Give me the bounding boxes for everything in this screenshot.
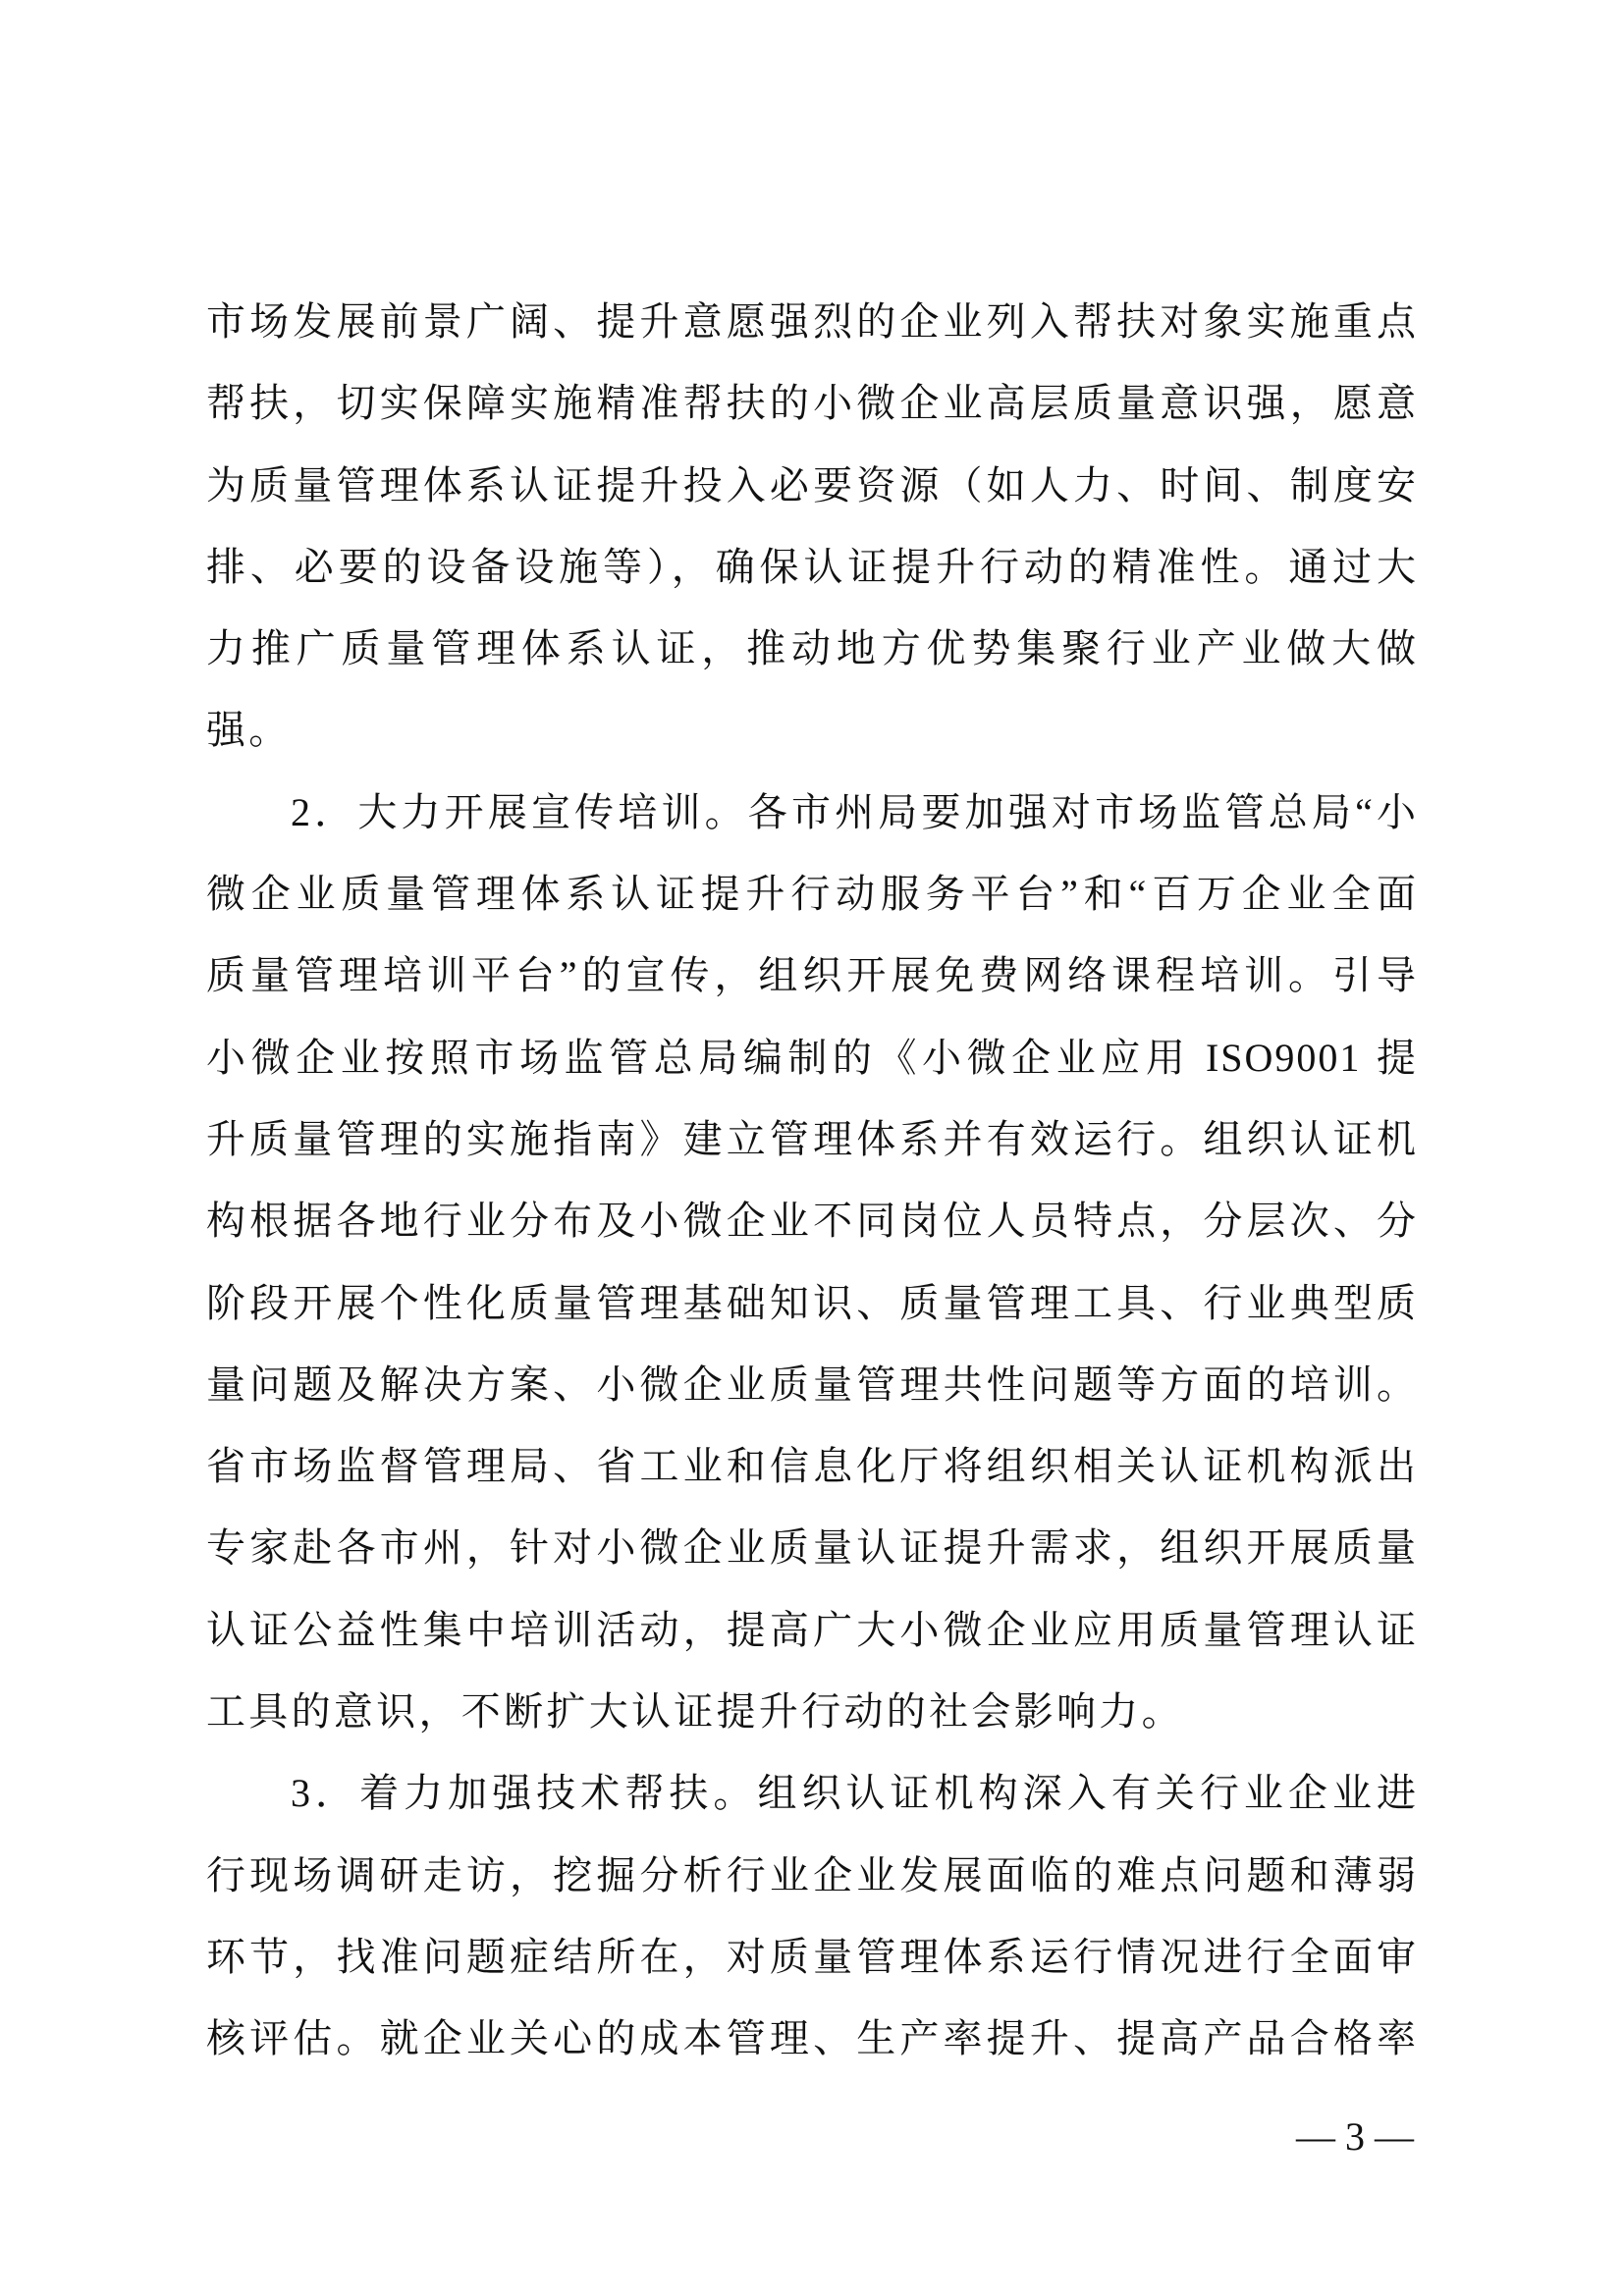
- paragraph-2: 2．大力开展宣传培训。各市州局要加强对市场监管总局“小 微企业质量管理体系认证提…: [206, 772, 1418, 1753]
- paragraph-heading-line: 3．着力加强技术帮扶。组织认证机构深入有关行业企业进: [206, 1752, 1418, 1834]
- text-line: 排、必要的设备设施等），确保认证提升行动的精准性。通过大: [206, 526, 1418, 608]
- paragraph-1: 市场发展前景广阔、提升意愿强烈的企业列入帮扶对象实施重点 帮扶，切实保障实施精准…: [206, 281, 1418, 772]
- text-line: 专家赴各市州，针对小微企业质量认证提升需求，组织开展质量: [206, 1507, 1418, 1588]
- text-line: 环节，找准问题症结所在，对质量管理体系运行情况进行全面审: [206, 1916, 1418, 1998]
- paragraph-heading-line: 2．大力开展宣传培训。各市州局要加强对市场监管总局“小: [206, 772, 1418, 853]
- text-line: 量问题及解决方案、小微企业质量管理共性问题等方面的培训。: [206, 1344, 1418, 1425]
- text-line: 升质量管理的实施指南》建立管理体系并有效运行。组织认证机: [206, 1098, 1418, 1180]
- text-line: 为质量管理体系认证提升投入必要资源（如人力、时间、制度安: [206, 445, 1418, 526]
- text-line: 构根据各地行业分布及小微企业不同岗位人员特点，分层次、分: [206, 1180, 1418, 1261]
- text-line: 强。: [206, 689, 1418, 771]
- text-line: 市场发展前景广阔、提升意愿强烈的企业列入帮扶对象实施重点: [206, 281, 1418, 362]
- paragraph-3: 3．着力加强技术帮扶。组织认证机构深入有关行业企业进 行现场调研走访，挖掘分析行…: [206, 1752, 1418, 2079]
- text-line: 小微企业按照市场监管总局编制的《小微企业应用 ISO9001 提: [206, 1017, 1418, 1098]
- page-number: — 3 —: [1286, 2112, 1424, 2162]
- text-line: 省市场监督管理局、省工业和信息化厅将组织相关认证机构派出: [206, 1425, 1418, 1507]
- text-line: 核评估。就企业关心的成本管理、生产率提升、提高产品合格率: [206, 1998, 1418, 2079]
- text-line: 微企业质量管理体系认证提升行动服务平台”和“百万企业全面: [206, 853, 1418, 934]
- text-line: 力推广质量管理体系认证，推动地方优势集聚行业产业做大做: [206, 608, 1418, 689]
- text-line: 质量管理培训平台”的宣传，组织开展免费网络课程培训。引导: [206, 934, 1418, 1016]
- body-text: 市场发展前景广阔、提升意愿强烈的企业列入帮扶对象实施重点 帮扶，切实保障实施精准…: [206, 281, 1418, 2080]
- text-line: 工具的意识，不断扩大认证提升行动的社会影响力。: [206, 1671, 1418, 1752]
- text-line: 认证公益性集中培训活动，提高广大小微企业应用质量管理认证: [206, 1589, 1418, 1671]
- text-line: 帮扶，切实保障实施精准帮扶的小微企业高层质量意识强，愿意: [206, 362, 1418, 444]
- document-page: 市场发展前景广阔、提升意愿强烈的企业列入帮扶对象实施重点 帮扶，切实保障实施精准…: [0, 0, 1623, 2296]
- text-line: 阶段开展个性化质量管理基础知识、质量管理工具、行业典型质: [206, 1262, 1418, 1344]
- text-line: 行现场调研走访，挖掘分析行业企业发展面临的难点问题和薄弱: [206, 1835, 1418, 1916]
